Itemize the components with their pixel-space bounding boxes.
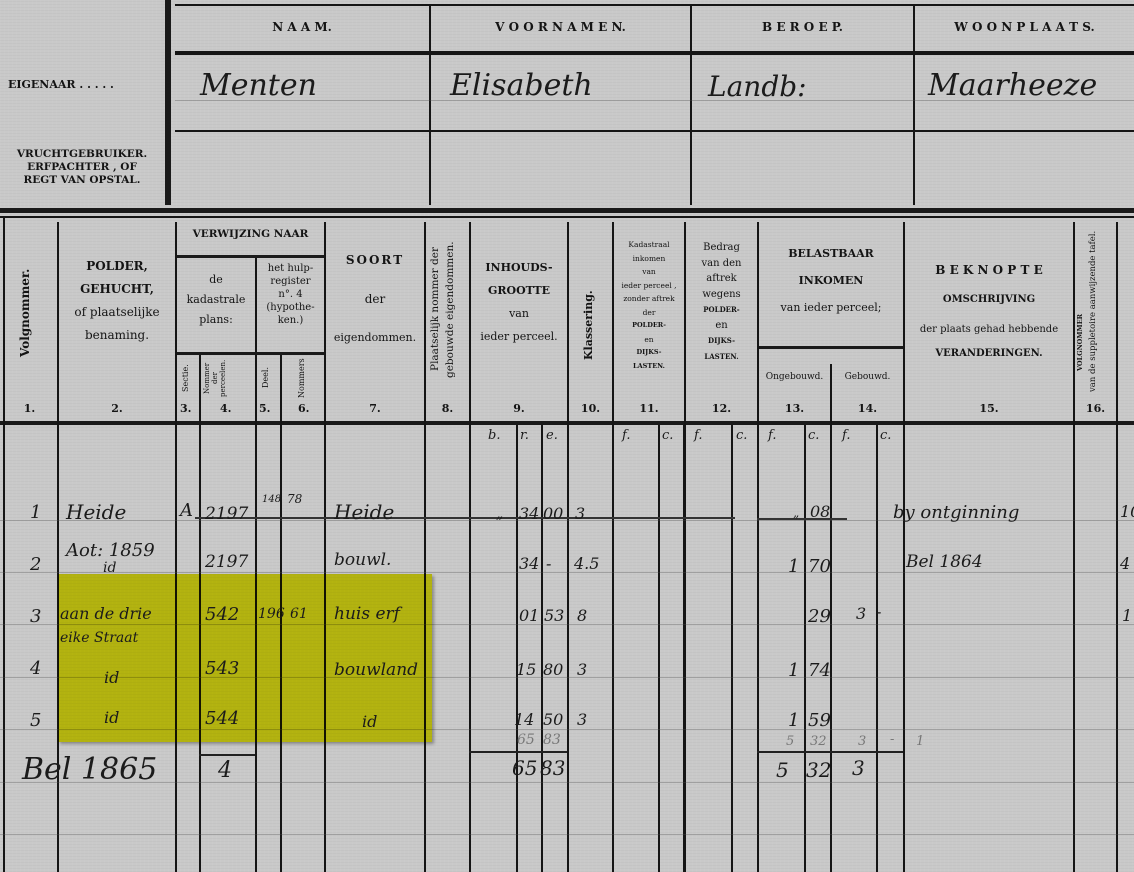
- col7-label: SOORT der eigendommen.: [326, 253, 424, 344]
- header-beroep: B E R O E P.: [692, 20, 913, 34]
- header-naam: N A A M.: [175, 20, 429, 34]
- label-eigenaar: EIGENAAR . . . . .: [8, 78, 114, 91]
- col12-label: Bedrag van den aftrek wegens POLDER- en …: [686, 240, 757, 364]
- owner-beroep: Landb:: [708, 70, 807, 103]
- hulpregister-label: het hulp- register n°. 4 (hypothe- ken.): [257, 262, 324, 327]
- belastbaar-label: BELASTBAAR INKOMEN van ieder perceel;: [759, 240, 903, 321]
- col11-label: Kadastraal inkomen van ieder perceel , z…: [614, 238, 684, 373]
- col8-label: Plaatselijk nommer der gebouwde eigendom…: [428, 222, 466, 397]
- header-woonplaats: W O O N P L A A T S.: [915, 20, 1134, 34]
- header-voornamen: V O O R N A M E N.: [431, 20, 690, 34]
- owner-voornamen: Elisabeth: [450, 68, 593, 103]
- col1-label: Volgnommer.: [18, 230, 32, 395]
- verwijzing-label: VERWIJZING NAAR: [177, 228, 324, 240]
- label-vruchtgebruiker: VRUCHTGEBRUIKER. ERFPACHTER , OF REGT VA…: [4, 148, 160, 187]
- owner-woonplaats: Maarheeze: [928, 68, 1097, 103]
- col10-label: Klassering.: [582, 285, 595, 365]
- col9-label: INHOUDS- GROOTTE van ieder perceel.: [471, 256, 567, 348]
- owner-naam: Menten: [200, 68, 317, 103]
- col2-label: POLDER, GEHUCHT, of plaatselijke benamin…: [59, 255, 175, 347]
- col16-label: van de suppletoire aanwijzende tafel.: [1088, 224, 1114, 399]
- kadastrale-label: de kadastrale plans:: [177, 270, 255, 330]
- col15-label: B E K N O P T E OMSCHRIJVING der plaats …: [905, 255, 1073, 369]
